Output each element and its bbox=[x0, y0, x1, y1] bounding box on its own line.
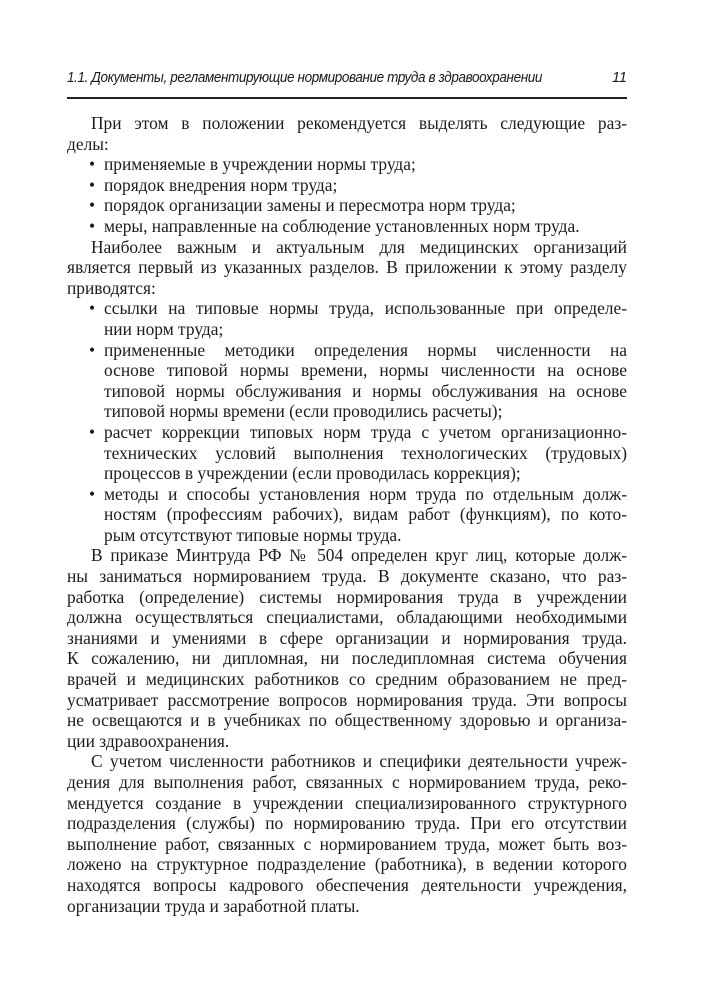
text-line: работка (определение) системы нормирован… bbox=[67, 587, 627, 608]
list-item: •применяемые в учреждении нормы труда; bbox=[67, 154, 627, 175]
text-line: находятся вопросы кадрового обеспечения … bbox=[67, 875, 627, 896]
text-line: приводятся: bbox=[67, 278, 627, 299]
text-line: рым отсутствуют типовые нормы труда. bbox=[104, 525, 627, 546]
text-line: примененные методики определения нормы ч… bbox=[104, 340, 627, 361]
text-line: является первый из указанных разделов. В… bbox=[67, 257, 627, 278]
bullet-icon: • bbox=[89, 484, 95, 505]
text-line: делы: bbox=[67, 134, 627, 155]
text-line: Наиболее важным и актуальным для медицин… bbox=[67, 237, 627, 258]
text-line: нии норм труда; bbox=[104, 319, 627, 340]
list-item: •порядок внедрения норм труда; bbox=[67, 175, 627, 196]
text-line: применяемые в учреждении нормы труда; bbox=[104, 154, 627, 175]
paragraph-3: В приказе Минтруда РФ № 504 определен кр… bbox=[67, 545, 627, 751]
bullet-icon: • bbox=[89, 422, 95, 443]
text-line: ции здравоохранения. bbox=[67, 731, 627, 752]
text-line: должна осуществляться специалистами, обл… bbox=[67, 607, 627, 628]
text-line: процессов в учреждении (если проводилась… bbox=[104, 463, 627, 484]
text-line: основе типовой нормы времени, нормы числ… bbox=[104, 360, 627, 381]
running-title: 1.1. Документы, регламентирующие нормиро… bbox=[67, 70, 542, 86]
text-line: усматривает рассмотрение вопросов нормир… bbox=[67, 690, 627, 711]
text-line: порядок внедрения норм труда; bbox=[104, 175, 627, 196]
text-line: ны заниматься нормированием труда. В док… bbox=[67, 566, 627, 587]
text-line: К сожалению, ни дипломная, ни последипло… bbox=[67, 648, 627, 669]
list-item: • ссылки на типовые нормы труда, использ… bbox=[67, 298, 627, 339]
text-line: мендуется создание в учреждении специали… bbox=[67, 793, 627, 814]
bullet-icon: • bbox=[89, 340, 95, 361]
bullet-icon: • bbox=[89, 154, 95, 175]
running-head: 1.1. Документы, регламентирующие нормиро… bbox=[67, 70, 588, 90]
text-line: меры, направленные на соблюдение установ… bbox=[104, 216, 627, 237]
text-line: технических условий выполнения технологи… bbox=[104, 443, 627, 464]
text-line: типовой нормы времени (если проводились … bbox=[104, 401, 627, 422]
text-line: ссылки на типовые нормы труда, использов… bbox=[104, 298, 627, 319]
bullet-icon: • bbox=[89, 216, 95, 237]
bullet-icon: • bbox=[89, 175, 95, 196]
list-item: • примененные методики определения нормы… bbox=[67, 340, 627, 422]
text-line: типовой нормы обслуживания и нормы обслу… bbox=[104, 381, 627, 402]
bullet-icon: • bbox=[89, 195, 95, 216]
paragraph-1: При этом в положении рекомендуется выдел… bbox=[67, 113, 627, 154]
header-rule bbox=[67, 97, 627, 99]
paragraph-4: С учетом численности работников и специф… bbox=[67, 751, 627, 916]
text-line: подразделения (службы) по нормированию т… bbox=[67, 813, 627, 834]
appendix-list: • ссылки на типовые нормы труда, использ… bbox=[67, 298, 627, 545]
list-item: • методы и способы установления норм тру… bbox=[67, 484, 627, 546]
list-item: •порядок организации замены и пересмотра… bbox=[67, 195, 627, 216]
bullet-icon: • bbox=[89, 298, 95, 319]
body-text: При этом в положении рекомендуется выдел… bbox=[67, 113, 627, 916]
text-line: не освещаются и в учебниках по обществен… bbox=[67, 710, 627, 731]
text-line: порядок организации замены и пересмотра … bbox=[104, 195, 627, 216]
text-line: С учетом численности работников и специф… bbox=[67, 751, 627, 772]
text-line: В приказе Минтруда РФ № 504 определен кр… bbox=[67, 545, 627, 566]
sections-list: •применяемые в учреждении нормы труда; •… bbox=[67, 154, 627, 236]
text-line: врачей и медицинских работников со средн… bbox=[67, 669, 627, 690]
text-line: методы и способы установления норм труда… bbox=[104, 484, 627, 505]
text-line: ностям (профессиям рабочих), видам работ… bbox=[104, 504, 627, 525]
text-line: дения для выполнения работ, связанных с … bbox=[67, 772, 627, 793]
text-line: ложено на структурное подразделение (раб… bbox=[67, 854, 627, 875]
text-line: выполнение работ, связанных с нормирован… bbox=[67, 834, 627, 855]
text-line: При этом в положении рекомендуется выдел… bbox=[67, 113, 627, 134]
text-line: организации труда и заработной платы. bbox=[67, 896, 627, 917]
text-line: знаниями и умениями в сфере организации … bbox=[67, 628, 627, 649]
list-item: • расчет коррекции типовых норм труда с … bbox=[67, 422, 627, 484]
page-number: 11 bbox=[612, 70, 627, 86]
paragraph-2: Наиболее важным и актуальным для медицин… bbox=[67, 237, 627, 299]
text-line: расчет коррекции типовых норм труда с уч… bbox=[104, 422, 627, 443]
list-item: •меры, направленные на соблюдение устано… bbox=[67, 216, 627, 237]
